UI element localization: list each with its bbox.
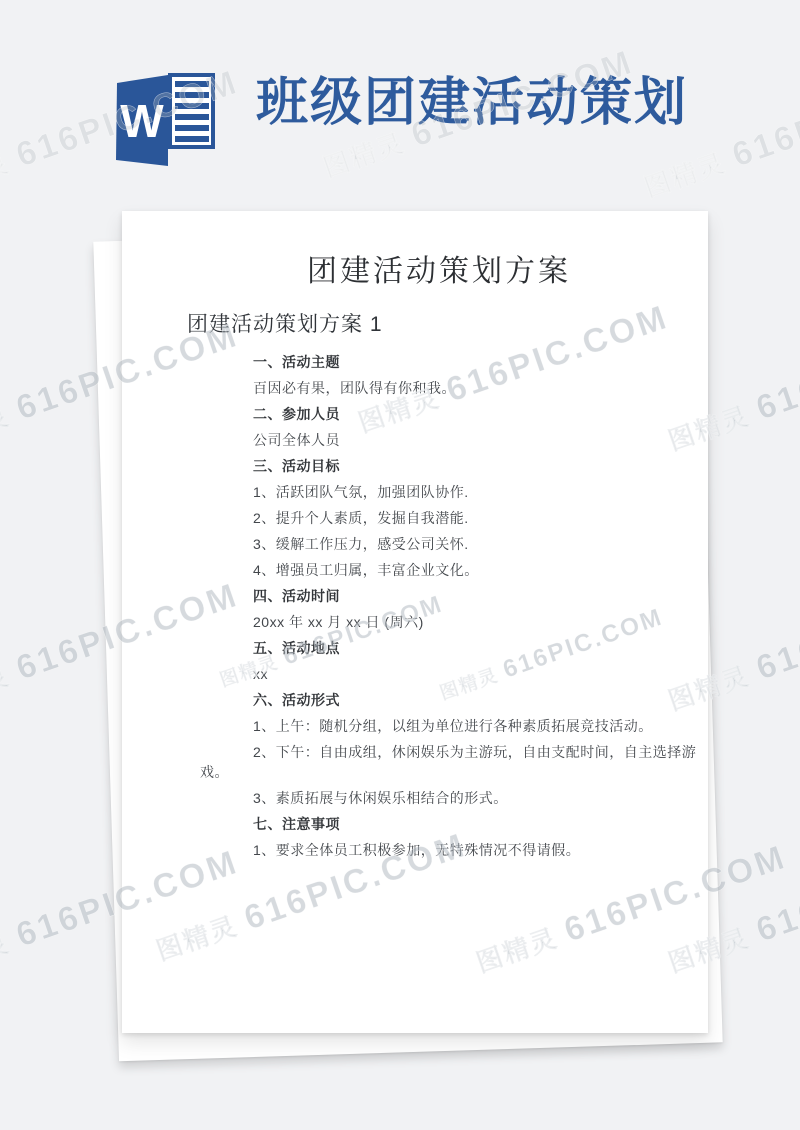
template-preview-page: 团建活动策划方案 团建活动策划方案 1 一、活动主题百因必有果，团队得有你和我。… — [0, 0, 800, 1130]
doc-body: 一、活动主题百因必有果，团队得有你和我。二、参加人员公司全体人员三、活动目标1、… — [122, 355, 708, 858]
doc-section-heading: 四、活动时间 — [253, 589, 688, 604]
document-page: 团建活动策划方案 团建活动策划方案 1 一、活动主题百因必有果，团队得有你和我。… — [122, 211, 708, 1033]
doc-section-heading: 二、参加人员 — [253, 407, 688, 422]
doc-paragraph: 戏。 — [200, 765, 688, 780]
doc-section-heading: 七、注意事项 — [253, 817, 688, 832]
doc-paragraph: 公司全体人员 — [253, 433, 688, 448]
banner-title: 班级团建活动策划 — [256, 74, 688, 134]
doc-paragraph: 1、要求全体员工积极参加，无特殊情况不得请假。 — [253, 843, 688, 858]
word-icon: W — [103, 64, 225, 174]
doc-section-heading: 六、活动形式 — [253, 693, 688, 708]
doc-paragraph: 1、上午：随机分组，以组为单位进行各种素质拓展竞技活动。 — [253, 719, 688, 734]
doc-paragraph: 2、提升个人素质，发掘自我潜能. — [253, 511, 688, 526]
banner: W 班级团建活动策划 — [0, 0, 800, 200]
doc-title: 团建活动策划方案 — [146, 255, 732, 289]
doc-subtitle: 团建活动策划方案 1 — [187, 313, 708, 337]
doc-section-heading: 一、活动主题 — [253, 355, 688, 370]
doc-paragraph: 4、增强员工归属，丰富企业文化。 — [253, 563, 688, 578]
doc-paragraph: xx — [253, 667, 688, 682]
doc-paragraph: 1、活跃团队气氛，加强团队协作. — [253, 485, 688, 500]
word-icon-letter: W — [120, 95, 164, 147]
doc-section-heading: 三、活动目标 — [253, 459, 688, 474]
doc-section-heading: 五、活动地点 — [253, 641, 688, 656]
doc-paragraph: 百因必有果，团队得有你和我。 — [253, 381, 688, 396]
doc-paragraph: 3、素质拓展与休闲娱乐相结合的形式。 — [253, 791, 688, 806]
doc-paragraph: 20xx 年 xx 月 xx 日 (周六) — [253, 615, 688, 630]
doc-paragraph: 3、缓解工作压力，感受公司关怀. — [253, 537, 688, 552]
doc-paragraph: 2、下午：自由成组，休闲娱乐为主游玩，自由支配时间，自主选择游 — [253, 745, 688, 760]
